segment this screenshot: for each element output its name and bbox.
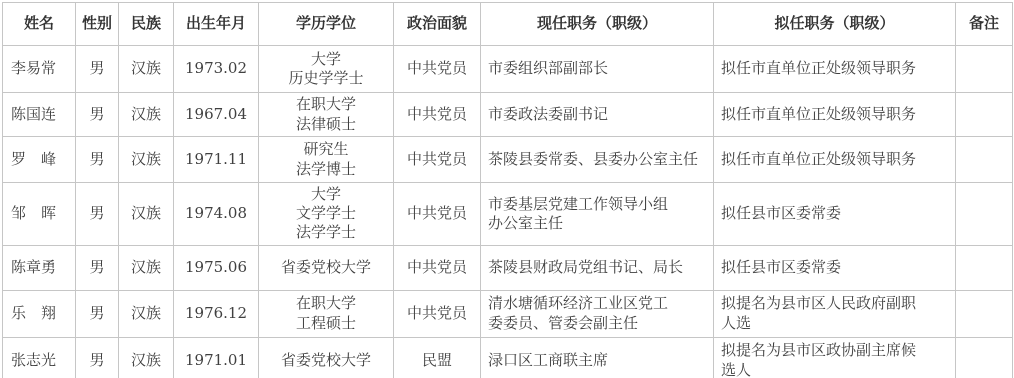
cell-birth: 1975.06 — [174, 245, 259, 290]
cell-note — [956, 290, 1013, 337]
cell-birth: 1974.08 — [174, 183, 259, 246]
column-header-education: 学历学位 — [259, 3, 394, 46]
cell-note — [956, 93, 1013, 137]
cell-politics: 中共党员 — [394, 137, 481, 183]
cell-ethnicity: 汉族 — [119, 93, 174, 137]
cell-politics: 中共党员 — [394, 245, 481, 290]
table-row: 陈国连 男 汉族 1967.04 在职大学 法律硕士 中共党员 市委政法委副书记… — [3, 93, 1013, 137]
cell-proposed-position: 拟任县市区委常委 — [714, 183, 956, 246]
cell-name: 陈国连 — [3, 93, 76, 137]
cell-note — [956, 137, 1013, 183]
cell-current-position: 市委基层党建工作领导小组 办公室主任 — [481, 183, 714, 246]
table-row: 邹 晖 男 汉族 1974.08 大学 文学学士 法学学士 中共党员 市委基层党… — [3, 183, 1013, 246]
table-row: 罗 峰 男 汉族 1971.11 研究生 法学博士 中共党员 茶陵县委常委、县委… — [3, 137, 1013, 183]
column-header-note: 备注 — [956, 3, 1013, 46]
cell-proposed-position: 拟任市直单位正处级领导职务 — [714, 46, 956, 93]
column-header-politics: 政治面貌 — [394, 3, 481, 46]
cell-current-position: 清水塘循环经济工业区党工 委委员、管委会副主任 — [481, 290, 714, 337]
cell-gender: 男 — [76, 183, 119, 246]
cell-note — [956, 245, 1013, 290]
column-header-birth: 出生年月 — [174, 3, 259, 46]
cell-proposed-position: 拟任县市区委常委 — [714, 245, 956, 290]
table-row: 乐 翔 男 汉族 1976.12 在职大学 工程硕士 中共党员 清水塘循环经济工… — [3, 290, 1013, 337]
cell-name: 张志光 — [3, 337, 76, 378]
cell-ethnicity: 汉族 — [119, 245, 174, 290]
cell-note — [956, 337, 1013, 378]
cell-education: 研究生 法学博士 — [259, 137, 394, 183]
cell-name: 李易常 — [3, 46, 76, 93]
cell-gender: 男 — [76, 137, 119, 183]
cell-birth: 1976.12 — [174, 290, 259, 337]
cell-ethnicity: 汉族 — [119, 46, 174, 93]
header-row: 姓名 性别 民族 出生年月 学历学位 政治面貌 现任职务（职级） 拟任职务（职级… — [3, 3, 1013, 46]
cell-ethnicity: 汉族 — [119, 183, 174, 246]
table-row: 李易常 男 汉族 1973.02 大学 历史学学士 中共党员 市委组织部副部长 … — [3, 46, 1013, 93]
cell-note — [956, 46, 1013, 93]
cell-current-position: 市委组织部副部长 — [481, 46, 714, 93]
cell-politics: 民盟 — [394, 337, 481, 378]
cell-note — [956, 183, 1013, 246]
cell-education: 省委党校大学 — [259, 245, 394, 290]
cell-gender: 男 — [76, 245, 119, 290]
cell-current-position: 茶陵县财政局党组书记、局长 — [481, 245, 714, 290]
cell-education: 在职大学 法律硕士 — [259, 93, 394, 137]
cell-proposed-position: 拟任市直单位正处级领导职务 — [714, 93, 956, 137]
cell-current-position: 市委政法委副书记 — [481, 93, 714, 137]
cell-name: 陈章勇 — [3, 245, 76, 290]
table-body: 李易常 男 汉族 1973.02 大学 历史学学士 中共党员 市委组织部副部长 … — [3, 46, 1013, 378]
cell-ethnicity: 汉族 — [119, 137, 174, 183]
cell-politics: 中共党员 — [394, 183, 481, 246]
cell-gender: 男 — [76, 93, 119, 137]
cell-gender: 男 — [76, 46, 119, 93]
cell-birth: 1971.01 — [174, 337, 259, 378]
column-header-gender: 性别 — [76, 3, 119, 46]
column-header-current-position: 现任职务（职级） — [481, 3, 714, 46]
table-row: 张志光 男 汉族 1971.01 省委党校大学 民盟 渌口区工商联主席 拟提名为… — [3, 337, 1013, 378]
cell-proposed-position: 拟提名为县市区政协副主席候 选人 — [714, 337, 956, 378]
cell-current-position: 茶陵县委常委、县委办公室主任 — [481, 137, 714, 183]
cell-birth: 1967.04 — [174, 93, 259, 137]
cell-name: 罗 峰 — [3, 137, 76, 183]
column-header-proposed-position: 拟任职务（职级） — [714, 3, 956, 46]
cell-education: 在职大学 工程硕士 — [259, 290, 394, 337]
cell-birth: 1971.11 — [174, 137, 259, 183]
personnel-table: 姓名 性别 民族 出生年月 学历学位 政治面貌 现任职务（职级） 拟任职务（职级… — [2, 2, 1013, 378]
cell-name: 邹 晖 — [3, 183, 76, 246]
cell-gender: 男 — [76, 290, 119, 337]
column-header-ethnicity: 民族 — [119, 3, 174, 46]
cell-ethnicity: 汉族 — [119, 337, 174, 378]
table-row: 陈章勇 男 汉族 1975.06 省委党校大学 中共党员 茶陵县财政局党组书记、… — [3, 245, 1013, 290]
cell-education: 省委党校大学 — [259, 337, 394, 378]
cell-proposed-position: 拟提名为县市区人民政府副职 人选 — [714, 290, 956, 337]
cell-gender: 男 — [76, 337, 119, 378]
cell-birth: 1973.02 — [174, 46, 259, 93]
cell-education: 大学 文学学士 法学学士 — [259, 183, 394, 246]
cell-politics: 中共党员 — [394, 290, 481, 337]
cell-politics: 中共党员 — [394, 46, 481, 93]
document-sheet: 姓名 性别 民族 出生年月 学历学位 政治面貌 现任职务（职级） 拟任职务（职级… — [0, 0, 1014, 378]
column-header-name: 姓名 — [3, 3, 76, 46]
cell-politics: 中共党员 — [394, 93, 481, 137]
cell-current-position: 渌口区工商联主席 — [481, 337, 714, 378]
cell-ethnicity: 汉族 — [119, 290, 174, 337]
cell-name: 乐 翔 — [3, 290, 76, 337]
cell-proposed-position: 拟任市直单位正处级领导职务 — [714, 137, 956, 183]
table-header: 姓名 性别 民族 出生年月 学历学位 政治面貌 现任职务（职级） 拟任职务（职级… — [3, 3, 1013, 46]
cell-education: 大学 历史学学士 — [259, 46, 394, 93]
